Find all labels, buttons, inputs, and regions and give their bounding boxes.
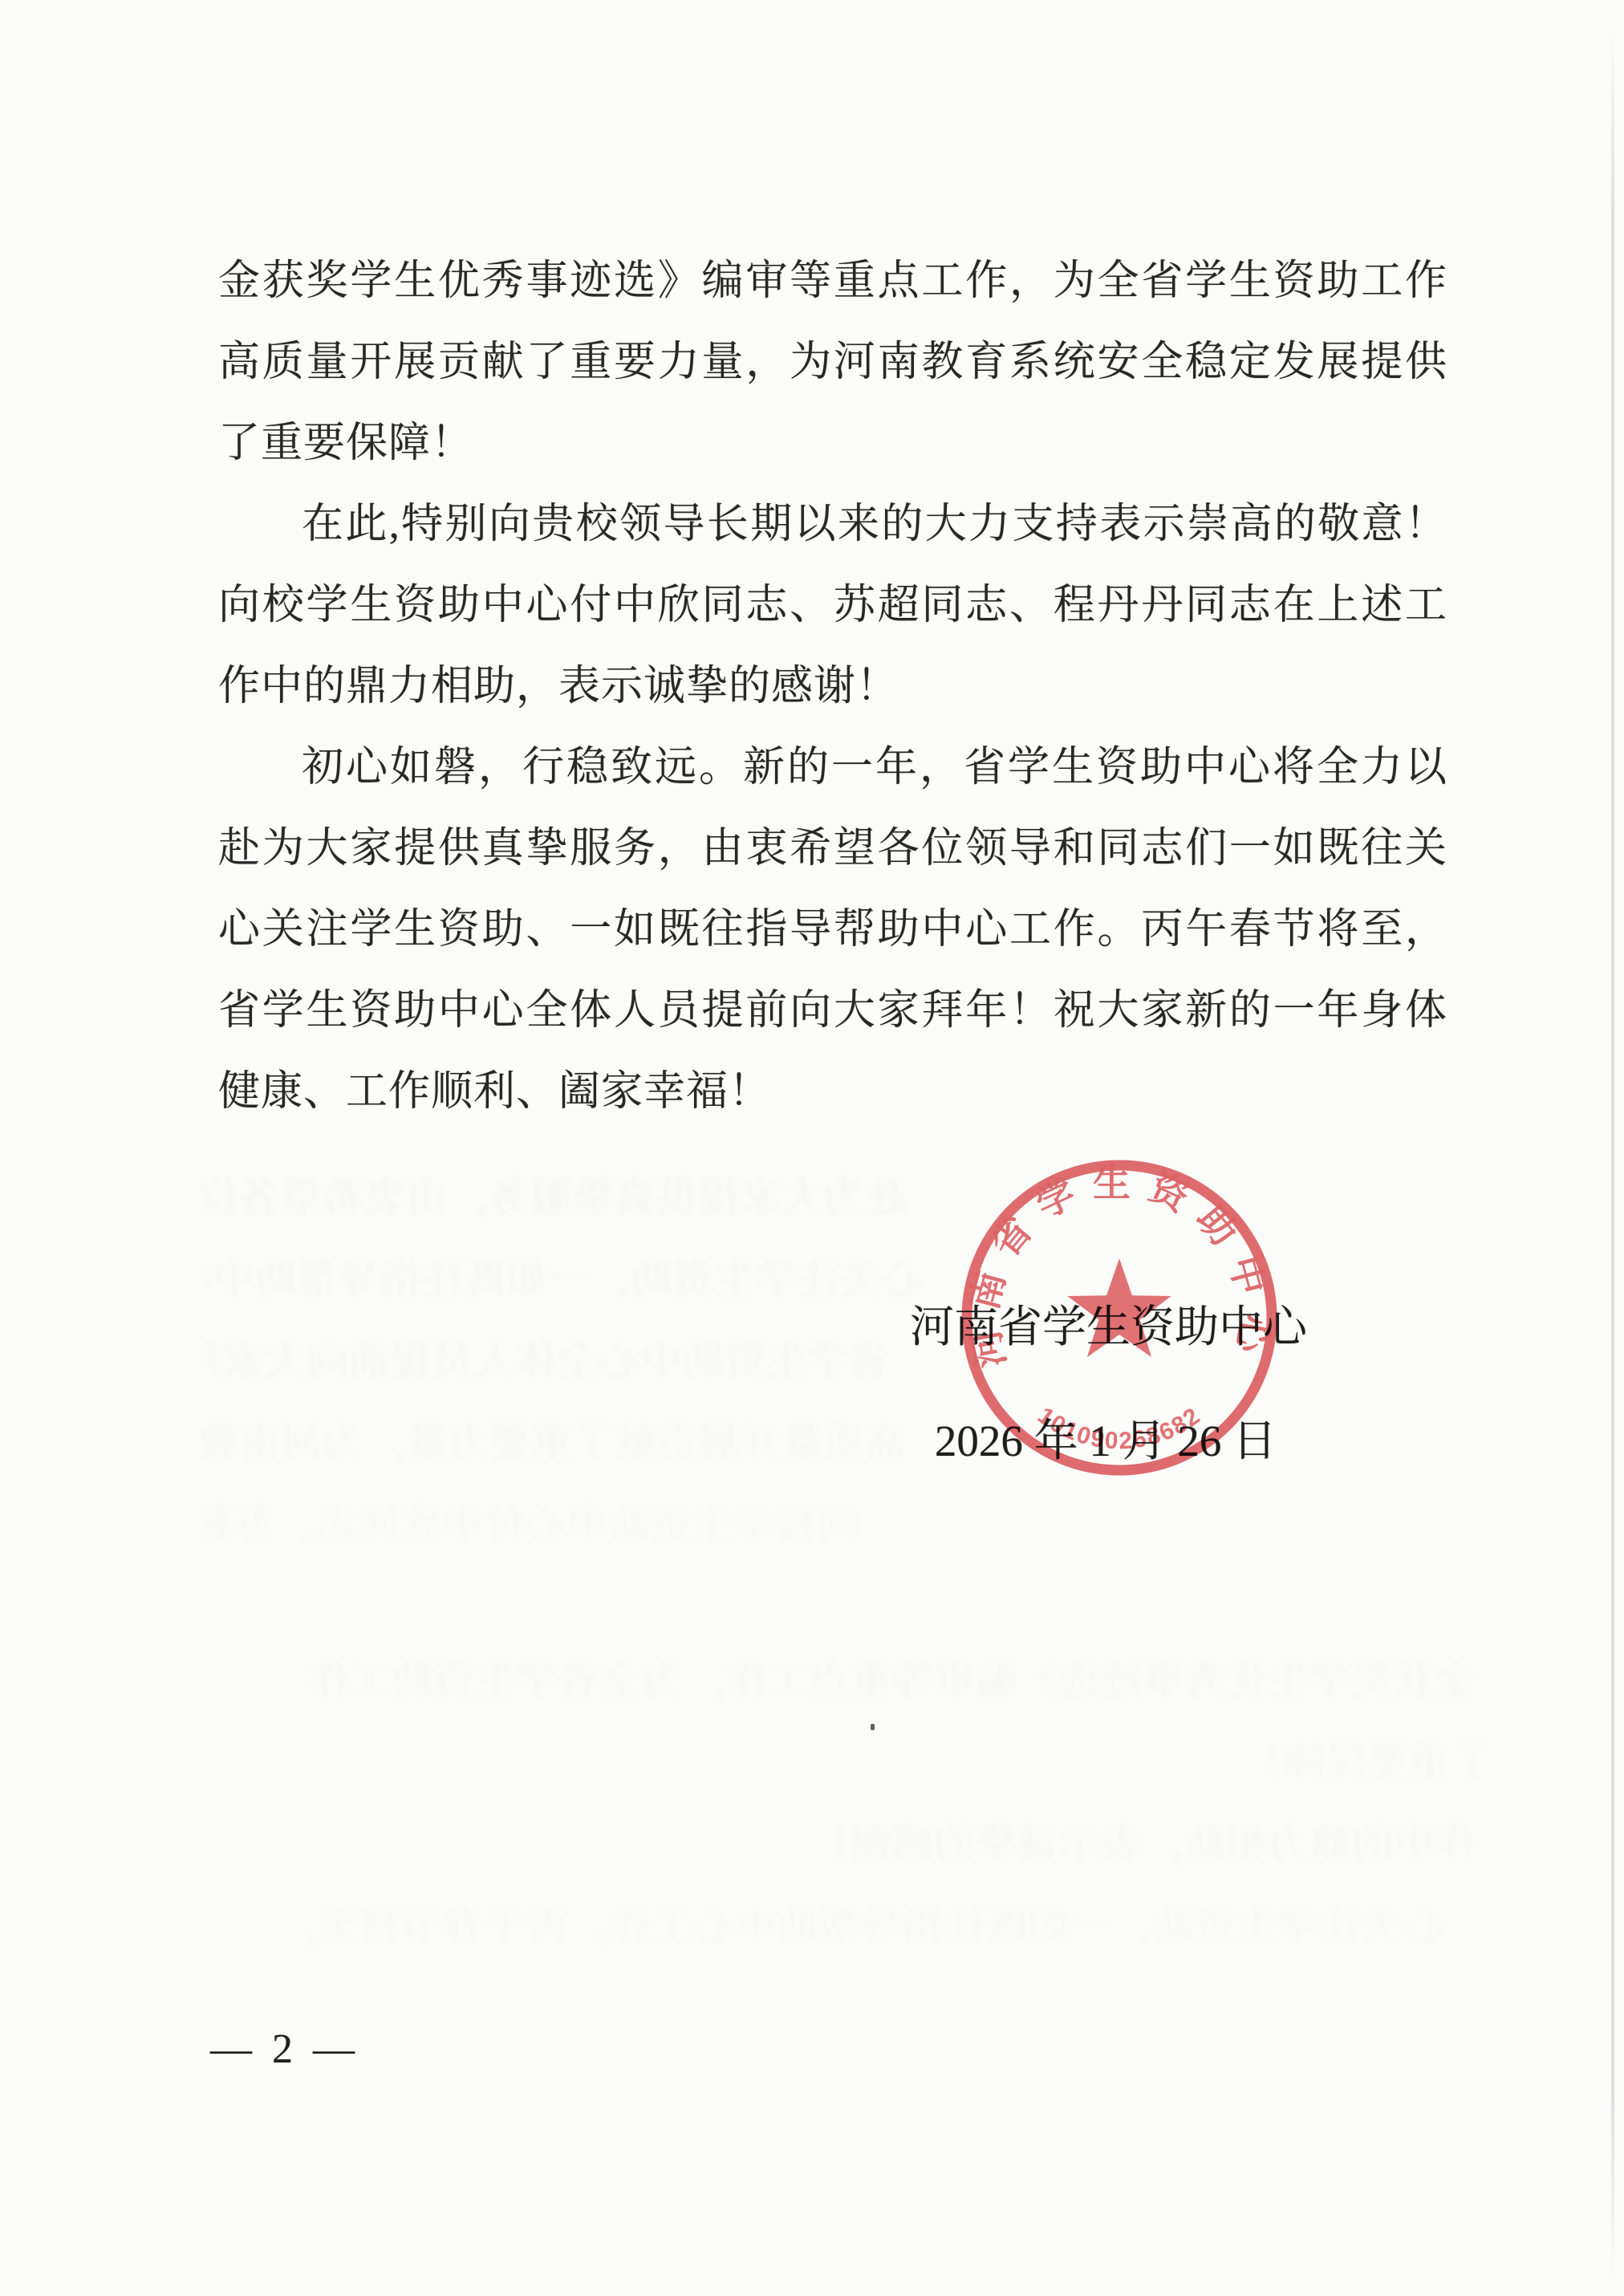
bleedthrough-artifact: 向校学生资助中心付中欣同志、苏超同志、程丹丹同志在上述工 [201,1491,859,1551]
bleedthrough-artifact: 高质量开展贡献了重要力量，为河南教育系统安全稳定发展提供 [201,1409,907,1469]
seal-serial-number: 101090268682 [1033,1402,1206,1454]
bleedthrough-artifact: 了重要保障！ [193,1729,1492,1789]
seal-star-icon [1067,1258,1171,1357]
body-line: 了重要保障！ [218,405,1447,486]
page-number: — 2 — [210,2026,359,2073]
bleedthrough-artifact: 赴为大家提供真挚服务，由衷希望各位领导和同志们一如既往关 [201,1164,907,1224]
bleedthrough-artifact: 心关注学生资助、一如既往指导帮助中心工作。丙午春节将至， [201,1246,923,1306]
body-line: 心关注学生资助、一如既往指导帮助中心工作。丙午春节将至， [218,892,1447,972]
body-line: 金获奖学生优秀事迹选》编审等重点工作，为全省学生资助工作 [218,243,1447,323]
body-line: 省学生资助中心全体人员提前向大家拜年！祝大家新的一年身体 [218,973,1447,1053]
scan-speck [871,1724,875,1730]
document-page: 赴为大家提供真挚服务，由衷希望各位领导和同志们一如既往关 心关注学生资助、一如既… [0,0,1624,2296]
body-line: 赴为大家提供真挚服务，由衷希望各位领导和同志们一如既往关 [218,811,1447,891]
scan-edge-shadow [1611,32,1614,2279]
bleedthrough-artifact: 省学生资助中心全体人员提前向大家拜年！祝大家新的一年身体 [201,1327,891,1388]
bleedthrough-artifact: 心关注学生资助、一如既往指导帮助中心工作。丙午春节将至， [193,1892,1444,1953]
body-line: 作中的鼎力相助，表示诚挚的感谢！ [218,648,1447,729]
body-line: 初心如磐，行稳致远。新的一年，省学生资助中心将全力以 [302,729,1447,810]
body-line: 高质量开展贡献了重要力量，为河南教育系统安全稳定发展提供 [218,324,1447,404]
svg-text:101090268682: 101090268682 [1033,1402,1206,1454]
bleedthrough-artifact: 作中的鼎力相助，表示诚挚的感谢！ [193,1810,1476,1871]
bleedthrough-artifact: 金获奖学生优秀事迹选》编审等重点工作，为全省学生资助工作 [193,1647,1476,1707]
body-line: 向校学生资助中心付中欣同志、苏超同志、程丹丹同志在上述工 [218,567,1447,648]
official-seal: 河南省学生资助中心 101090268682 [957,1154,1281,1486]
body-line: 健康、工作顺利、阖家幸福！ [218,1054,1447,1134]
body-line: 在此,特别向贵校领导长期以来的大力支持表示崇高的敬意！ [302,486,1447,567]
